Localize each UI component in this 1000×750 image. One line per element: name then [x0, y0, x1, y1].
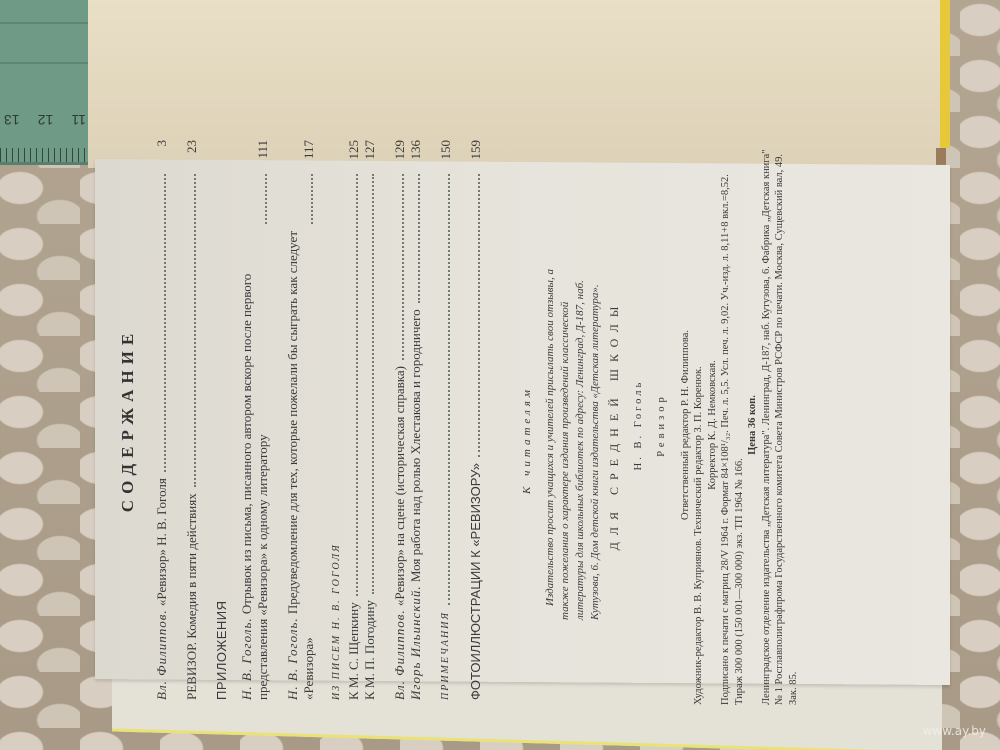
toc-page: 125 — [346, 140, 362, 168]
leader-dots — [372, 174, 374, 594]
ruler-numbers: 11 12 13 — [4, 112, 86, 128]
toc-page: 159 — [468, 140, 484, 168]
leader-dots — [418, 174, 420, 303]
toc-page: 129 — [392, 140, 408, 168]
ruler-groove — [0, 22, 92, 24]
toc-entry: Н. В. Гоголь. Отрывок из письма, писанно… — [239, 140, 271, 700]
toc-page: 111 — [255, 140, 271, 168]
toc-entry: К М. П. Погодину 127 — [362, 140, 378, 700]
leader-dots — [402, 174, 404, 360]
toc-entry: Игорь Ильинский. Моя работа над ролью Хл… — [408, 140, 424, 700]
imprint-author: Н. В. Гоголь — [632, 145, 646, 705]
toc-author: Н. В. Гоголь. — [285, 617, 300, 700]
imprint: ДЛЯ СРЕДНЕЙ ШКОЛЫ Н. В. Гоголь Ревизор О… — [608, 145, 800, 705]
toc-author: Н. В. Гоголь. — [239, 617, 254, 700]
toc-entry: Вл. Филиппов. «Ревизор» Н. В. Гоголя 3 — [154, 140, 170, 700]
imprint-title: Ревизор — [655, 145, 669, 705]
leader-dots — [448, 174, 450, 605]
ruler: 11 12 13 — [0, 0, 92, 165]
leader-dots — [265, 174, 267, 224]
toc-entry: Вл. Филиппов. «Ревизор» на сцене (истори… — [392, 140, 408, 700]
toc-page: 127 — [362, 140, 378, 168]
toc-author: Вл. Филиппов. — [154, 609, 169, 700]
toc-entry: ПРИМЕЧАНИЯ 150 — [438, 140, 454, 700]
toc-title: ФОТОИЛЛЮСТРАЦИИ К «РЕВИЗОРУ» — [468, 463, 484, 700]
toc-entry: Н. В. Гоголь. Предуведомление для тех, к… — [285, 140, 317, 700]
toc-page: 3 — [154, 140, 170, 168]
leader-dots — [194, 174, 196, 487]
imprint-price: Цена 36 коп. — [746, 145, 760, 705]
readers-note: К читателям Издательство просит учащихся… — [520, 260, 603, 620]
toc-title: «Ревизор» Н. В. Гоголя — [154, 478, 169, 606]
imprint-print-details: Подписано к печати с матриц 28/V 1964 г.… — [719, 145, 746, 705]
ruler-number: 11 — [71, 112, 86, 128]
appendix-heading: ПРИЛОЖЕНИЯ — [214, 140, 229, 700]
toc-entry: К М. С. Щепкину 125 — [346, 140, 362, 700]
series-label: ДЛЯ СРЕДНЕЙ ШКОЛЫ — [608, 145, 622, 705]
table-of-contents: СОДЕРЖАНИЕ Вл. Филиппов. «Ревизор» Н. В.… — [118, 140, 498, 700]
toc-page: 23 — [184, 140, 200, 168]
toc-entry: РЕВИЗОР. Комедия в пяти действиях 23 — [184, 140, 200, 700]
toc-page: 136 — [408, 140, 424, 168]
toc-title: ПРИМЕЧАНИЯ — [438, 611, 454, 700]
imprint-publisher: Ленинградское отделение издательства „Де… — [760, 145, 801, 705]
readers-text: Издательство просит учащихся и учителей … — [543, 260, 603, 620]
ruler-groove — [0, 62, 92, 64]
toc-title: «Ревизор» на сцене (историческая справка… — [392, 366, 407, 606]
readers-heading: К читателям — [520, 260, 535, 620]
toc-entry: ФОТОИЛЛЮСТРАЦИИ К «РЕВИЗОРУ» 159 — [468, 140, 484, 700]
ruler-ticks — [0, 148, 92, 162]
book-cover-edge — [940, 0, 950, 148]
leader-dots — [478, 174, 480, 457]
toc-heading: СОДЕРЖАНИЕ — [118, 140, 138, 700]
ruler-number: 13 — [4, 112, 20, 128]
watermark: www.ay.by — [923, 724, 986, 738]
toc-title: РЕВИЗОР. Комедия в пяти действиях — [184, 493, 200, 700]
imprint-corrector: Корректор К. Д. Немковская. — [706, 145, 720, 705]
imprint-editor: Ответственный редактор Р. Н. Филиппова. — [679, 145, 693, 705]
toc-author: Вл. Филиппов. — [392, 609, 407, 700]
ruler-number: 12 — [38, 112, 54, 128]
toc-title: К М. С. Щепкину — [346, 602, 362, 700]
leader-dots — [356, 174, 358, 596]
toc-page: 117 — [301, 140, 317, 168]
imprint-artists: Художник-редактор В. В. Куприянов. Техни… — [692, 145, 706, 705]
toc-title: К М. П. Погодину — [362, 600, 378, 700]
leader-dots — [311, 174, 313, 224]
letters-heading: ИЗ ПИСЕМ Н. В. ГОГОЛЯ — [331, 140, 342, 700]
leader-dots — [164, 174, 166, 472]
toc-author: Игорь Ильинский. — [408, 585, 423, 700]
toc-page: 150 — [438, 140, 454, 168]
toc-title: Моя работа над ролью Хлестакова и городн… — [408, 309, 423, 582]
